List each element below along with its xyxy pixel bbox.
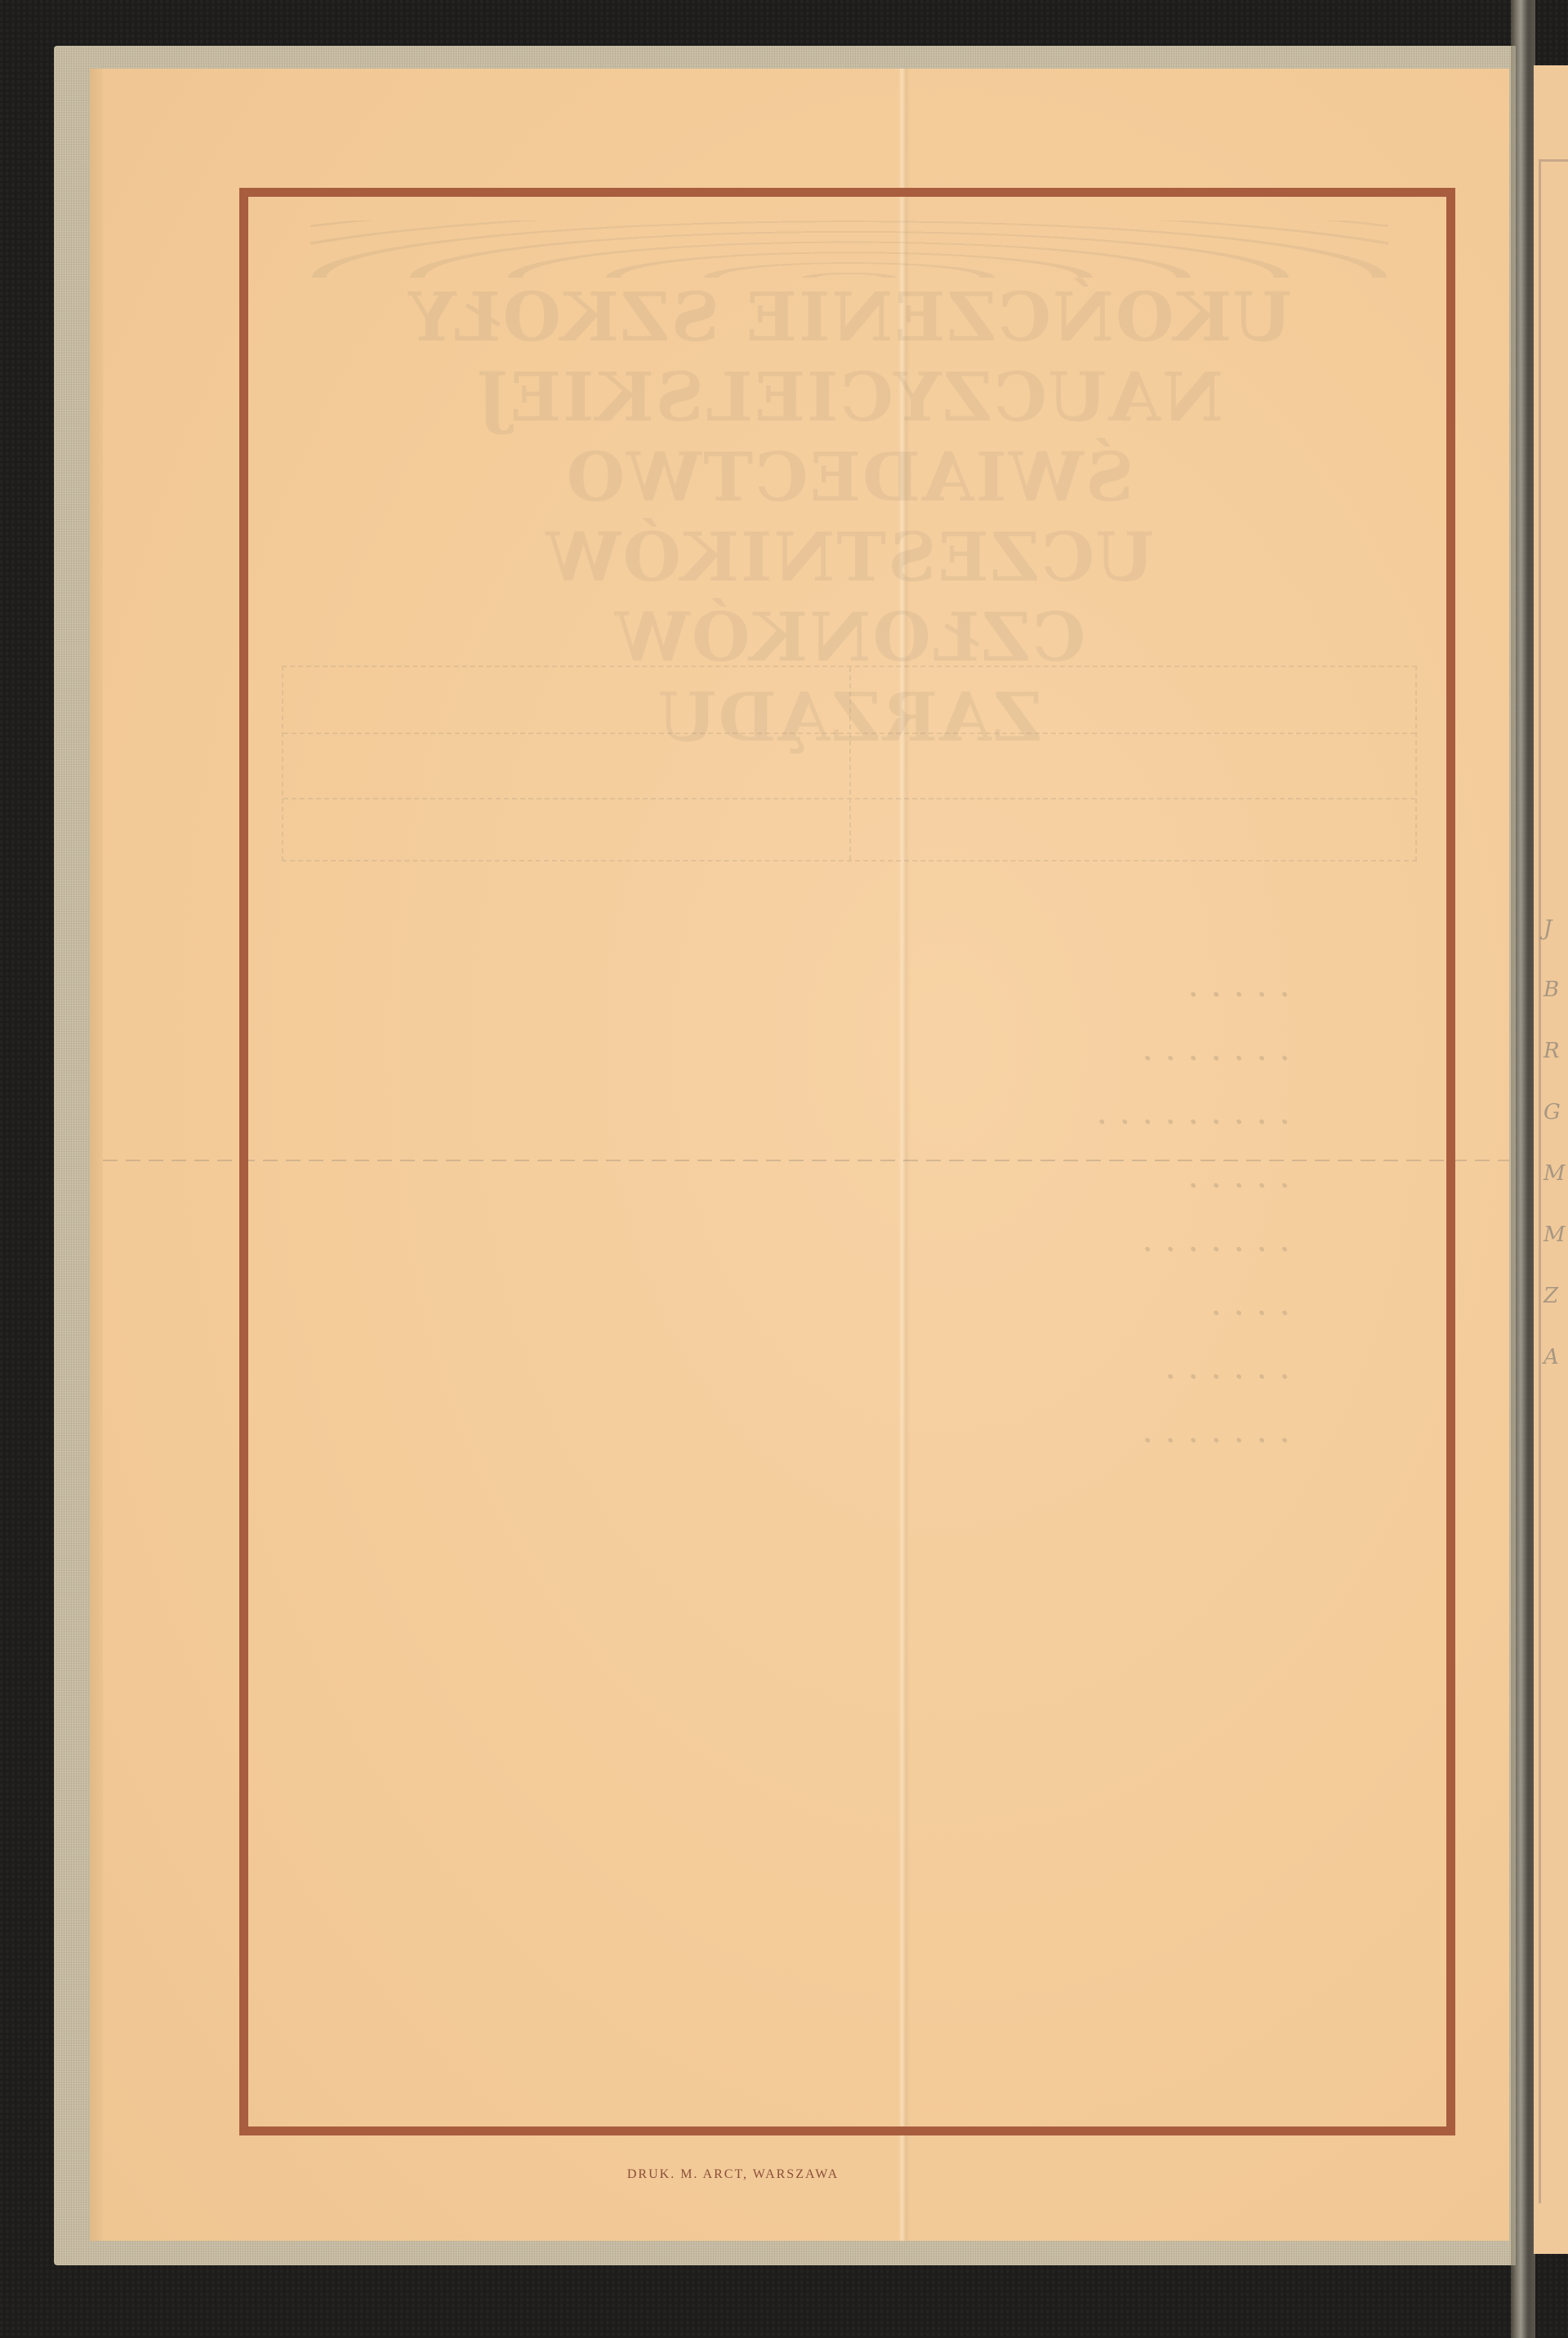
facing-fragment: M: [1543, 1143, 1568, 1205]
printer-imprint: DRUK. M. ARCT, WARSZAWA: [0, 2167, 1568, 2182]
book-gutter: [1511, 0, 1535, 2338]
facing-fragment: M: [1543, 1205, 1568, 1266]
printer-imprint-text: DRUK. M. ARCT, WARSZAWA: [627, 2167, 839, 2182]
facing-fragment: A: [1543, 1327, 1568, 1388]
facing-fragment: J: [1543, 898, 1568, 960]
facing-fragment: G: [1543, 1082, 1568, 1143]
facing-fragment: B: [1543, 960, 1568, 1021]
facing-fragment: R: [1543, 1021, 1568, 1082]
facing-page-handwriting: J B R G M M Z A: [1543, 898, 1568, 2123]
facing-fragment: Z: [1543, 1266, 1568, 1327]
printed-page-frame: [239, 188, 1455, 2135]
